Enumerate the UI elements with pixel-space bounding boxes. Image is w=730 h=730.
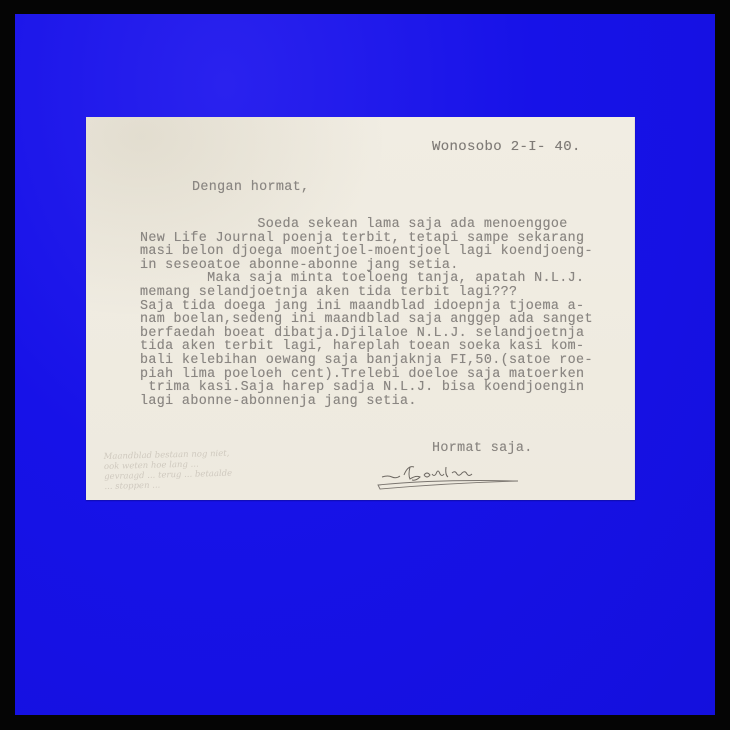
letter-line: bali kelebihan oewang saja banjaknja FI,… (140, 354, 593, 368)
letter-line: memang selandjoetnja aken tida terbit la… (140, 286, 593, 300)
letter-line: Maka saja minta toeloeng tanja, apatah N… (140, 272, 593, 286)
pencil-note: Maandblad bestaan nog niet,ook weten hoe… (104, 446, 335, 492)
closing: Hormat saja. (432, 442, 533, 456)
letter-line: in seseoatoe abonne-abonne jang setia. (140, 259, 593, 273)
letter-line: masi belon djoega moentjoel-moentjoel la… (140, 245, 593, 259)
letter-line: trima kasi.Saja harep sadja N.L.J. bisa … (140, 381, 593, 395)
letter-line: Soeda sekean lama saja ada menoenggoe (140, 218, 593, 232)
salutation: Dengan hormat, (192, 181, 309, 195)
letter-line: tida aken terbit lagi, hareplah toean so… (140, 340, 593, 354)
letter-line: berfaedah boeat dibatja.Djilaloe N.L.J. … (140, 327, 593, 341)
letter-line: Saja tida doega jang ini maandblad idoep… (140, 300, 593, 314)
letter-body: Soeda sekean lama saja ada menoenggoeNew… (140, 218, 593, 408)
signature-icon (374, 457, 524, 493)
letter-line: lagi abonne-abonnenja jang setia. (140, 395, 593, 409)
letter-line: piah lima poeloeh cent).Trelebi doeloe s… (140, 368, 593, 382)
letter-line: New Life Journal poenja terbit, tetapi s… (140, 232, 593, 246)
letter-card: Wonosobo 2-I- 40. Dengan hormat, Soeda s… (86, 117, 635, 500)
place-date: Wonosobo 2-I- 40. (432, 141, 581, 155)
letter-line: nam boelan,sedeng ini maandblad saja ang… (140, 313, 593, 327)
